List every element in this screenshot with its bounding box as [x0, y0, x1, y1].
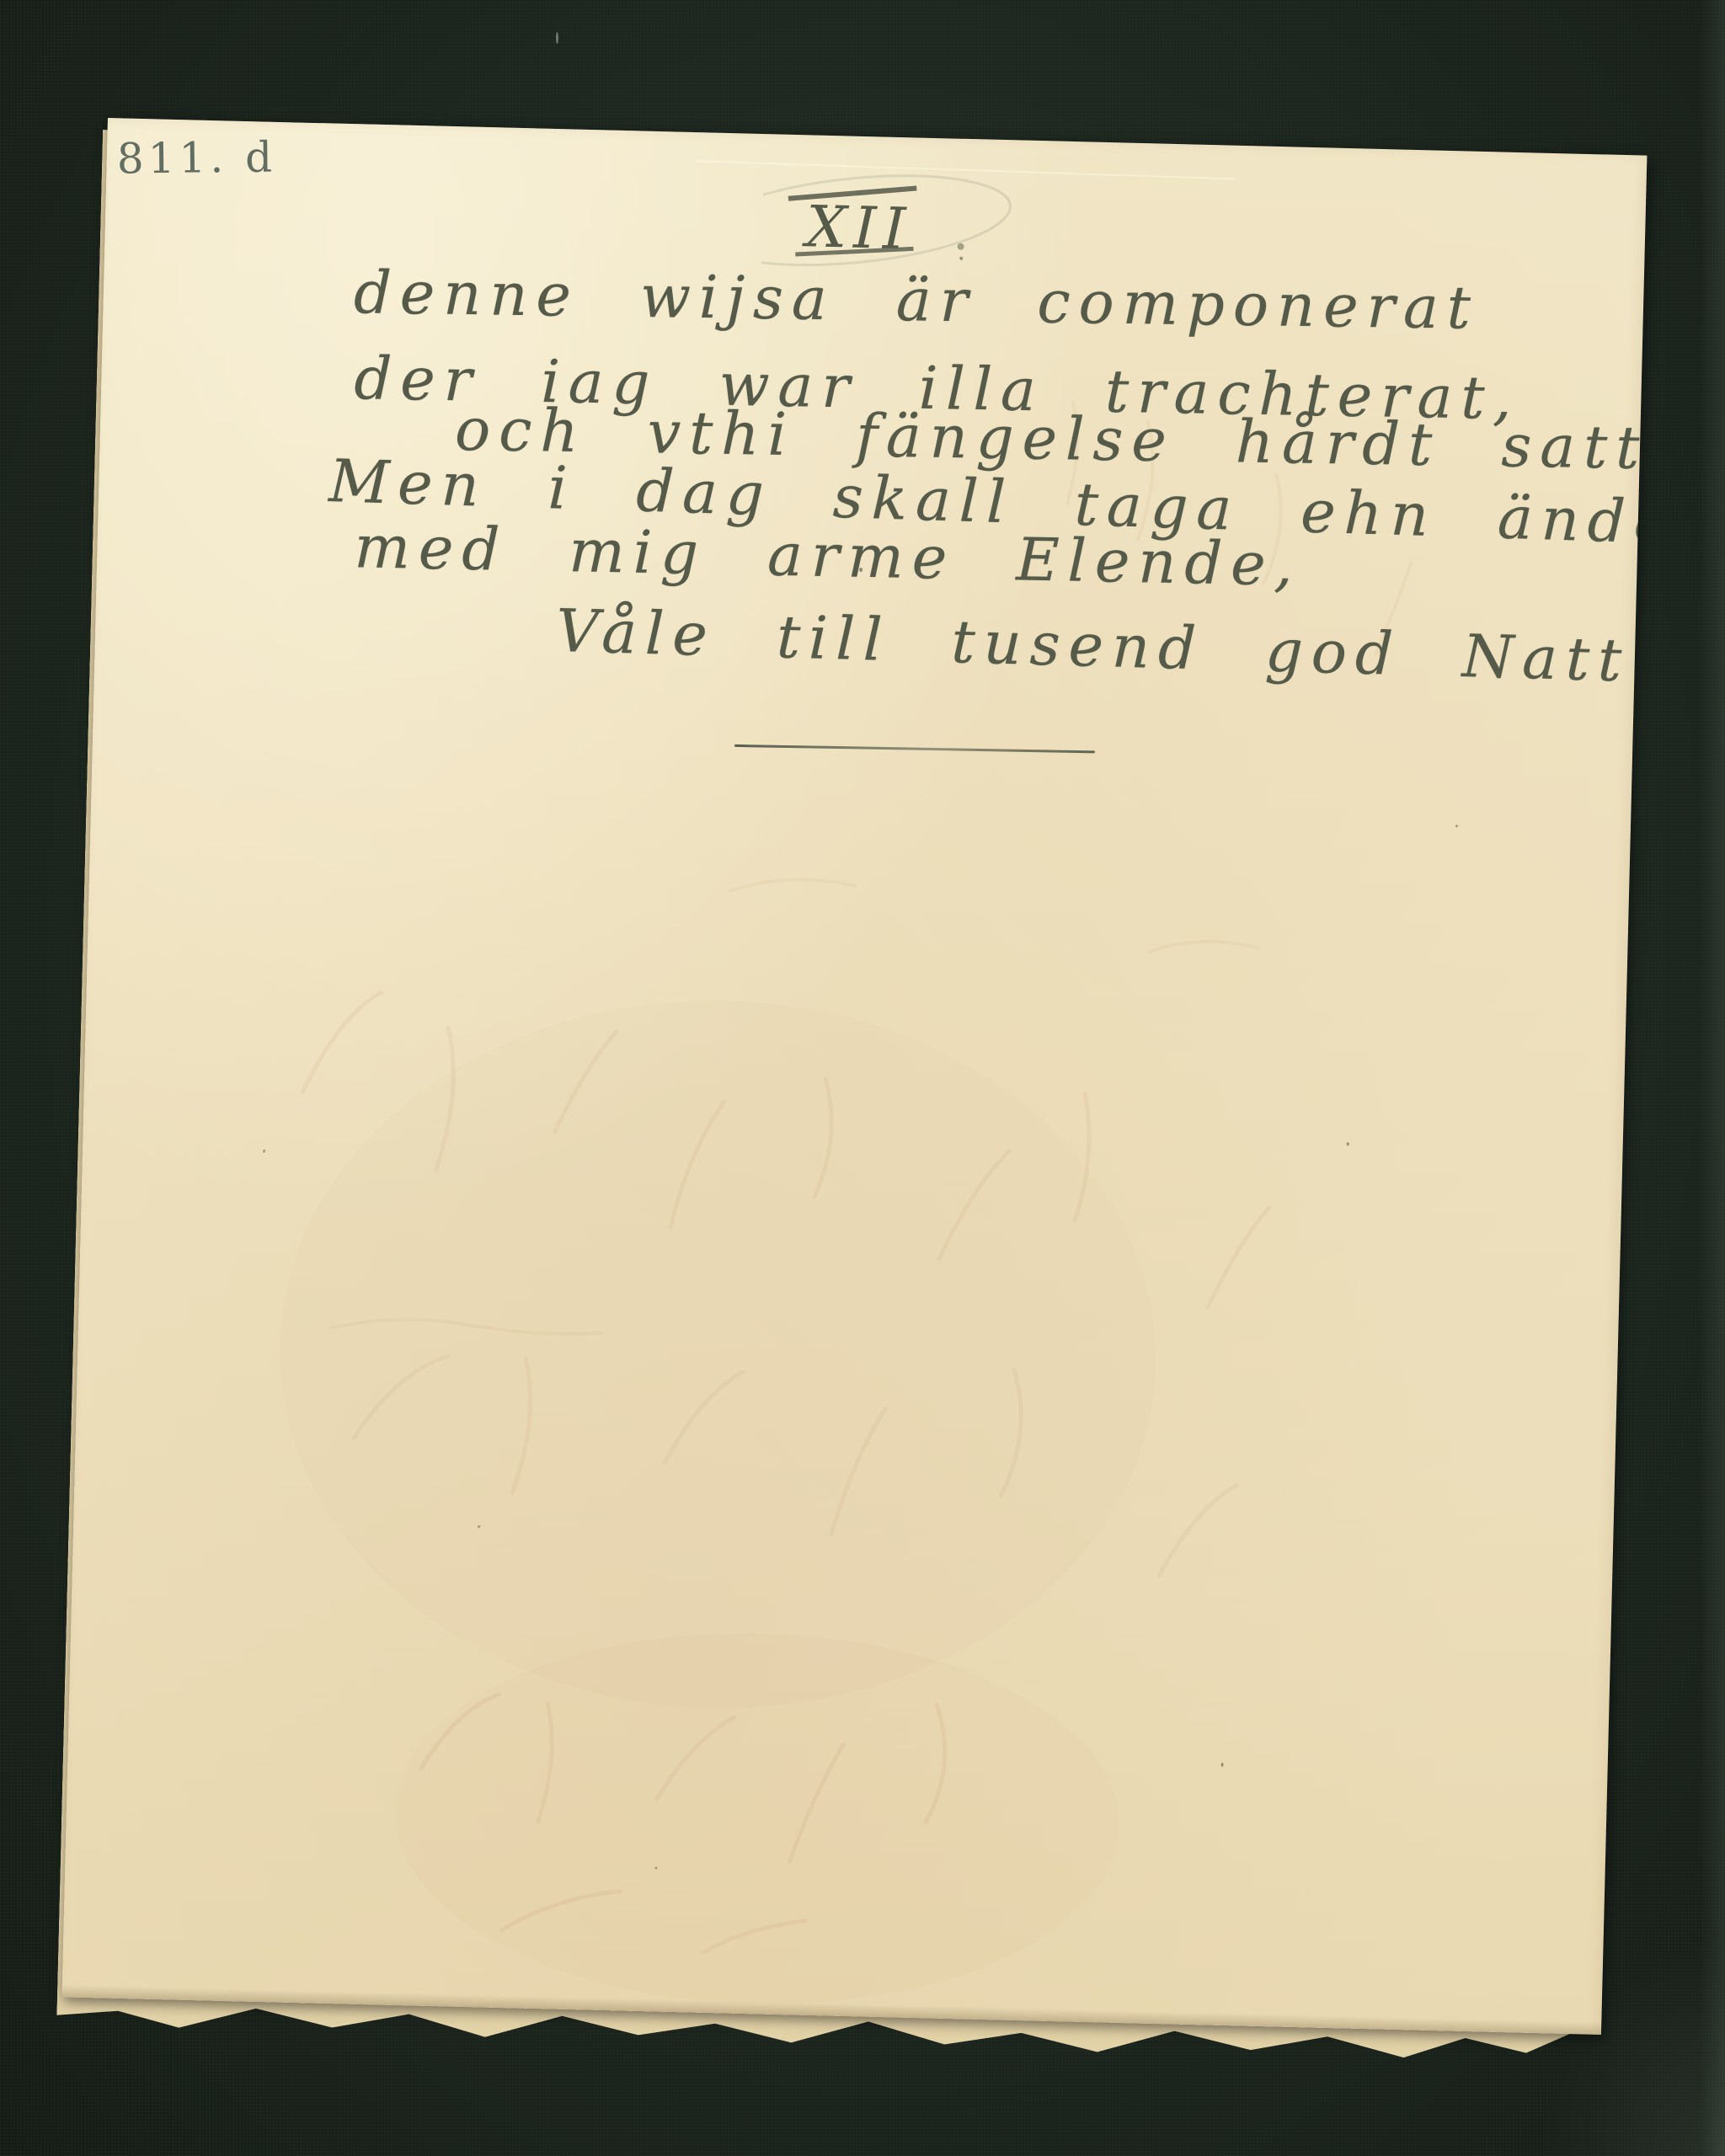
dust-speck	[263, 1150, 265, 1153]
heading-period-dot	[957, 243, 964, 250]
poem-line: denne wijsa är componerat	[354, 263, 1480, 338]
archival-number-annotation: 811. d	[117, 133, 277, 184]
poem-line: Våle till tusend god Natt.	[555, 601, 1647, 691]
poem-line: med mig arme Elende,	[354, 517, 1302, 595]
mat-scratch	[556, 32, 558, 44]
dust-speck	[478, 1525, 480, 1528]
dust-speck	[654, 1866, 657, 1869]
dust-speck	[959, 257, 963, 260]
dust-speck	[1455, 825, 1458, 827]
dust-speck	[1347, 1142, 1349, 1145]
manuscript-page: 811. d XII denne wijsa är componerat der…	[61, 118, 1647, 2035]
mat-right-edge-highlight	[1700, 0, 1725, 2156]
dust-speck	[1221, 1763, 1224, 1767]
section-divider-line	[734, 744, 1095, 753]
